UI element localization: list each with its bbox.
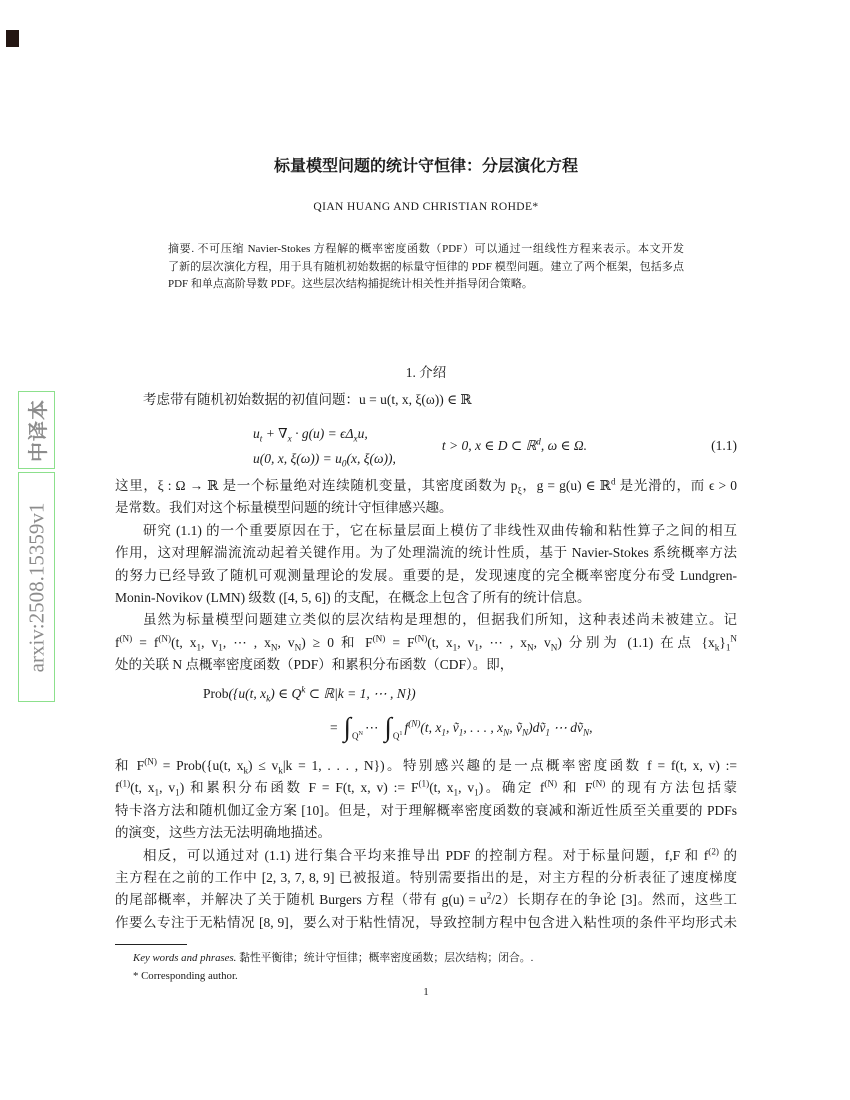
corresponding-author-note: * Corresponding author. xyxy=(133,969,737,984)
paragraph-4: 和 F(N) = Prob({u(t, xk) ≤ vk|k = 1, . . … xyxy=(115,755,737,845)
integral-bound: QN xyxy=(352,725,363,747)
paper-title: 标量模型问题的统计守恒律：分层演化方程 xyxy=(115,156,737,178)
equation-1-1-condition: t > 0, x ∈ D ⊂ ℝd, ω ∈ Ω. xyxy=(442,435,587,457)
body-line: f(1)(t, x1, v1) 和累积分布函数 F = F(t, x, v) :… xyxy=(115,777,737,799)
corner-mark xyxy=(6,30,19,47)
equation-1-1-line1: ut + ∇x · g(u) = ϵΔxu, xyxy=(253,421,396,446)
abstract-line: 摘要. 不可压缩 Navier-Stokes 方程解的概率密度函数（PDF）可以… xyxy=(168,241,684,259)
integrand: f(N)(t, x1, ṽ1, . . . , xN, ṽN)dṽ1 ⋯ dṽN… xyxy=(404,717,592,739)
body-line: 这里，ξ : Ω → ℝ 是一个标量绝对连续随机变量，其密度函数为 pξ，g =… xyxy=(115,475,737,497)
dots: ⋯ xyxy=(365,717,379,739)
section-heading: 1. 介绍 xyxy=(115,364,737,382)
equals-sign: = xyxy=(330,717,338,739)
translation-badge-text: 中译本 xyxy=(22,399,51,462)
paragraph-5: 相反，可以通过对 (1.1) 进行集合平均来推导出 PDF 的控制方程。对于标量… xyxy=(115,845,737,935)
body-line: 的尾部概率，并解决了关于随机 Burgers 方程（带有 g(u) = u2/2… xyxy=(115,889,737,911)
paragraph-2: 研究 (1.1) 的一个重要原因在于，它在标量层面上模仿了非线性双曲传输和粘性算… xyxy=(115,520,737,610)
prob-equation: Prob({u(t, xk) ∈ Qk ⊂ ℝ|k = 1, ⋯ , N}) =… xyxy=(115,683,737,751)
paragraph-1: 这里，ξ : Ω → ℝ 是一个标量绝对连续随机变量，其密度函数为 pξ，g =… xyxy=(115,475,737,520)
body-line: 是常数。我们对这个标量模型问题的统计守恒律感兴趣。 xyxy=(115,497,737,519)
keywords-text: 黏性平衡律；统计守恒律；概率密度函数；层次结构；闭合。. xyxy=(236,952,533,964)
authors-line: QIAN HUANG AND CHRISTIAN ROHDE* xyxy=(115,200,737,215)
translation-badge: 中译本 xyxy=(18,391,55,469)
abstract: 摘要. 不可压缩 Navier-Stokes 方程解的概率密度函数（PDF）可以… xyxy=(115,241,737,294)
footnote-rule xyxy=(115,944,187,945)
paragraph-3: 虽然为标量模型问题建立类似的层次结构是理想的，但据我们所知，这种表述尚未被建立。… xyxy=(115,609,737,676)
body-line: 研究 (1.1) 的一个重要原因在于，它在标量层面上模仿了非线性双曲传输和粘性算… xyxy=(115,520,737,542)
equation-1-1-system: ut + ∇x · g(u) = ϵΔxu, u(0, x, ξ(ω)) = u… xyxy=(253,421,396,471)
integral-sign: ∫ xyxy=(344,714,351,741)
paper-page: { "sidebar": { "translation_badge": "中译本… xyxy=(0,0,850,1100)
prob-label: Prob xyxy=(203,686,229,701)
body-line: 相反，可以通过对 (1.1) 进行集合平均来推导出 PDF 的控制方程。对于标量… xyxy=(115,845,737,867)
abstract-line: PDF 和单点高阶导数 PDF。这些层次结构捕捉统计相关性并指导闭合策略。 xyxy=(168,276,684,294)
keywords-label: Key words and phrases. xyxy=(133,952,236,964)
body-line: 主方程在之前的工作中 [2, 3, 7, 8, 9] 已被报道。特别需要指出的是… xyxy=(115,867,737,889)
body-line: 和 F(N) = Prob({u(t, xk) ≤ vk|k = 1, . . … xyxy=(115,755,737,777)
equation-1-1-line2: u(0, x, ξ(ω)) = u0(x, ξ(ω)), xyxy=(253,446,396,471)
body-line: f(N) = f(N)(t, x1, v1, ⋯ , xN, vN) ≥ 0 和… xyxy=(115,632,737,654)
equation-1-1: ut + ∇x · g(u) = ϵΔxu, u(0, x, ξ(ω)) = u… xyxy=(115,421,737,471)
prob-equation-rhs: = ∫ QN ⋯ ∫ Q1 f(N)(t, x1, ṽ1, . . . , xN… xyxy=(330,705,737,751)
equation-number: (1.1) xyxy=(711,435,737,457)
body-line: 的努力已经导致了随机可观测量理论的发展。重要的是，发现速度的完全概率密度分布受 … xyxy=(115,565,737,587)
integral-sign: ∫ xyxy=(384,714,391,741)
keywords-note: Key words and phrases. 黏性平衡律；统计守恒律；概率密度函… xyxy=(133,951,737,966)
integral-bound: Q1 xyxy=(393,725,403,747)
page-number: 1 xyxy=(115,986,737,998)
body-line: 处的关联 N 点概率密度函数（PDF）和累积分布函数（CDF）。即， xyxy=(115,654,737,676)
body-line: 作用，这对理解湍流流动起着关键作用。为了处理湍流的统计性质，基于 Navier-… xyxy=(115,542,737,564)
body-line: 虽然为标量模型问题建立类似的层次结构是理想的，但据我们所知，这种表述尚未被建立。… xyxy=(115,609,737,631)
abstract-line: 了新的层次演化方程，用于具有随机初始数据的标量守恒律的 PDF 模型问题。建立了… xyxy=(168,259,684,277)
intro-line: 考虑带有随机初始数据的初值问题：u = u(t, x, ξ(ω)) ∈ ℝ xyxy=(115,389,737,411)
body-line: 的演变，这些方法无法明确地描述。 xyxy=(115,822,737,844)
arxiv-badge-text: arxiv:2508.15359v1 xyxy=(24,502,49,672)
paper-content: 标量模型问题的统计守恒律：分层演化方程 QIAN HUANG AND CHRIS… xyxy=(115,0,737,934)
body-line: 特卡洛方法和随机伽辽金方案 [10]。但是，对于理解概率密度函数的衰减和渐近性质… xyxy=(115,800,737,822)
arxiv-badge: arxiv:2508.15359v1 xyxy=(18,472,55,702)
body-line: Monin-Novikov (LMN) 级数 ([4, 5, 6]) 的支配，在… xyxy=(115,587,737,609)
prob-lhs-rest: ({u(t, xk) ∈ Qk ⊂ ℝ|k = 1, ⋯ , N}) xyxy=(229,686,416,701)
prob-equation-lhs: Prob({u(t, xk) ∈ Qk ⊂ ℝ|k = 1, ⋯ , N}) xyxy=(203,683,737,705)
body-line: 作要么专注于无粘情况 [8, 9]，要么对于粘性情况，导致控制方程中包含进入粘性… xyxy=(115,912,737,934)
